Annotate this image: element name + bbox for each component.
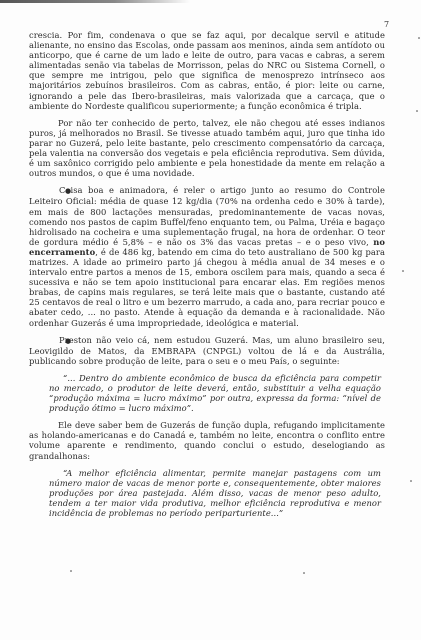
paragraph-3-bulleted: ●Coisa boa e animadora, é reler o artigo… bbox=[29, 185, 385, 327]
page-number: 7 bbox=[384, 20, 389, 29]
bullet-icon: ● bbox=[47, 336, 59, 346]
paragraph-5: Ele deve saber bem de Guzerás de função … bbox=[29, 420, 385, 460]
scan-speck bbox=[410, 480, 412, 482]
scan-speck bbox=[303, 572, 305, 574]
quote-2: “A melhor eficiência alimentar, permite … bbox=[29, 468, 385, 518]
document-page: crescia. Por fim, condenava o que se faz… bbox=[29, 30, 385, 518]
paragraph-4-bulleted: ●Preston não veio cá, nem estudou Guzerá… bbox=[29, 335, 385, 366]
scan-speck bbox=[402, 270, 404, 272]
paragraph-2: Por não ter conhecido de perto, talvez, … bbox=[29, 118, 385, 179]
paragraph-4-text: Preston não veio cá, nem estudou Guzerá.… bbox=[29, 335, 385, 366]
scan-speck bbox=[70, 570, 72, 572]
quote-1: “... Dentro do ambiente econômico de bus… bbox=[29, 373, 385, 413]
paragraph-3-text-a: Coisa boa e animadora, é reler o artigo … bbox=[29, 185, 385, 246]
paragraph-1: crescia. Por fim, condenava o que se faz… bbox=[29, 30, 385, 111]
scan-edge-shadow bbox=[0, 0, 190, 3]
scan-speck bbox=[418, 37, 420, 39]
paragraph-3-text-b: , é de 486 kg, batendo em cima do teto a… bbox=[29, 247, 385, 328]
scan-speck bbox=[416, 110, 418, 112]
bullet-icon: ● bbox=[47, 186, 59, 196]
